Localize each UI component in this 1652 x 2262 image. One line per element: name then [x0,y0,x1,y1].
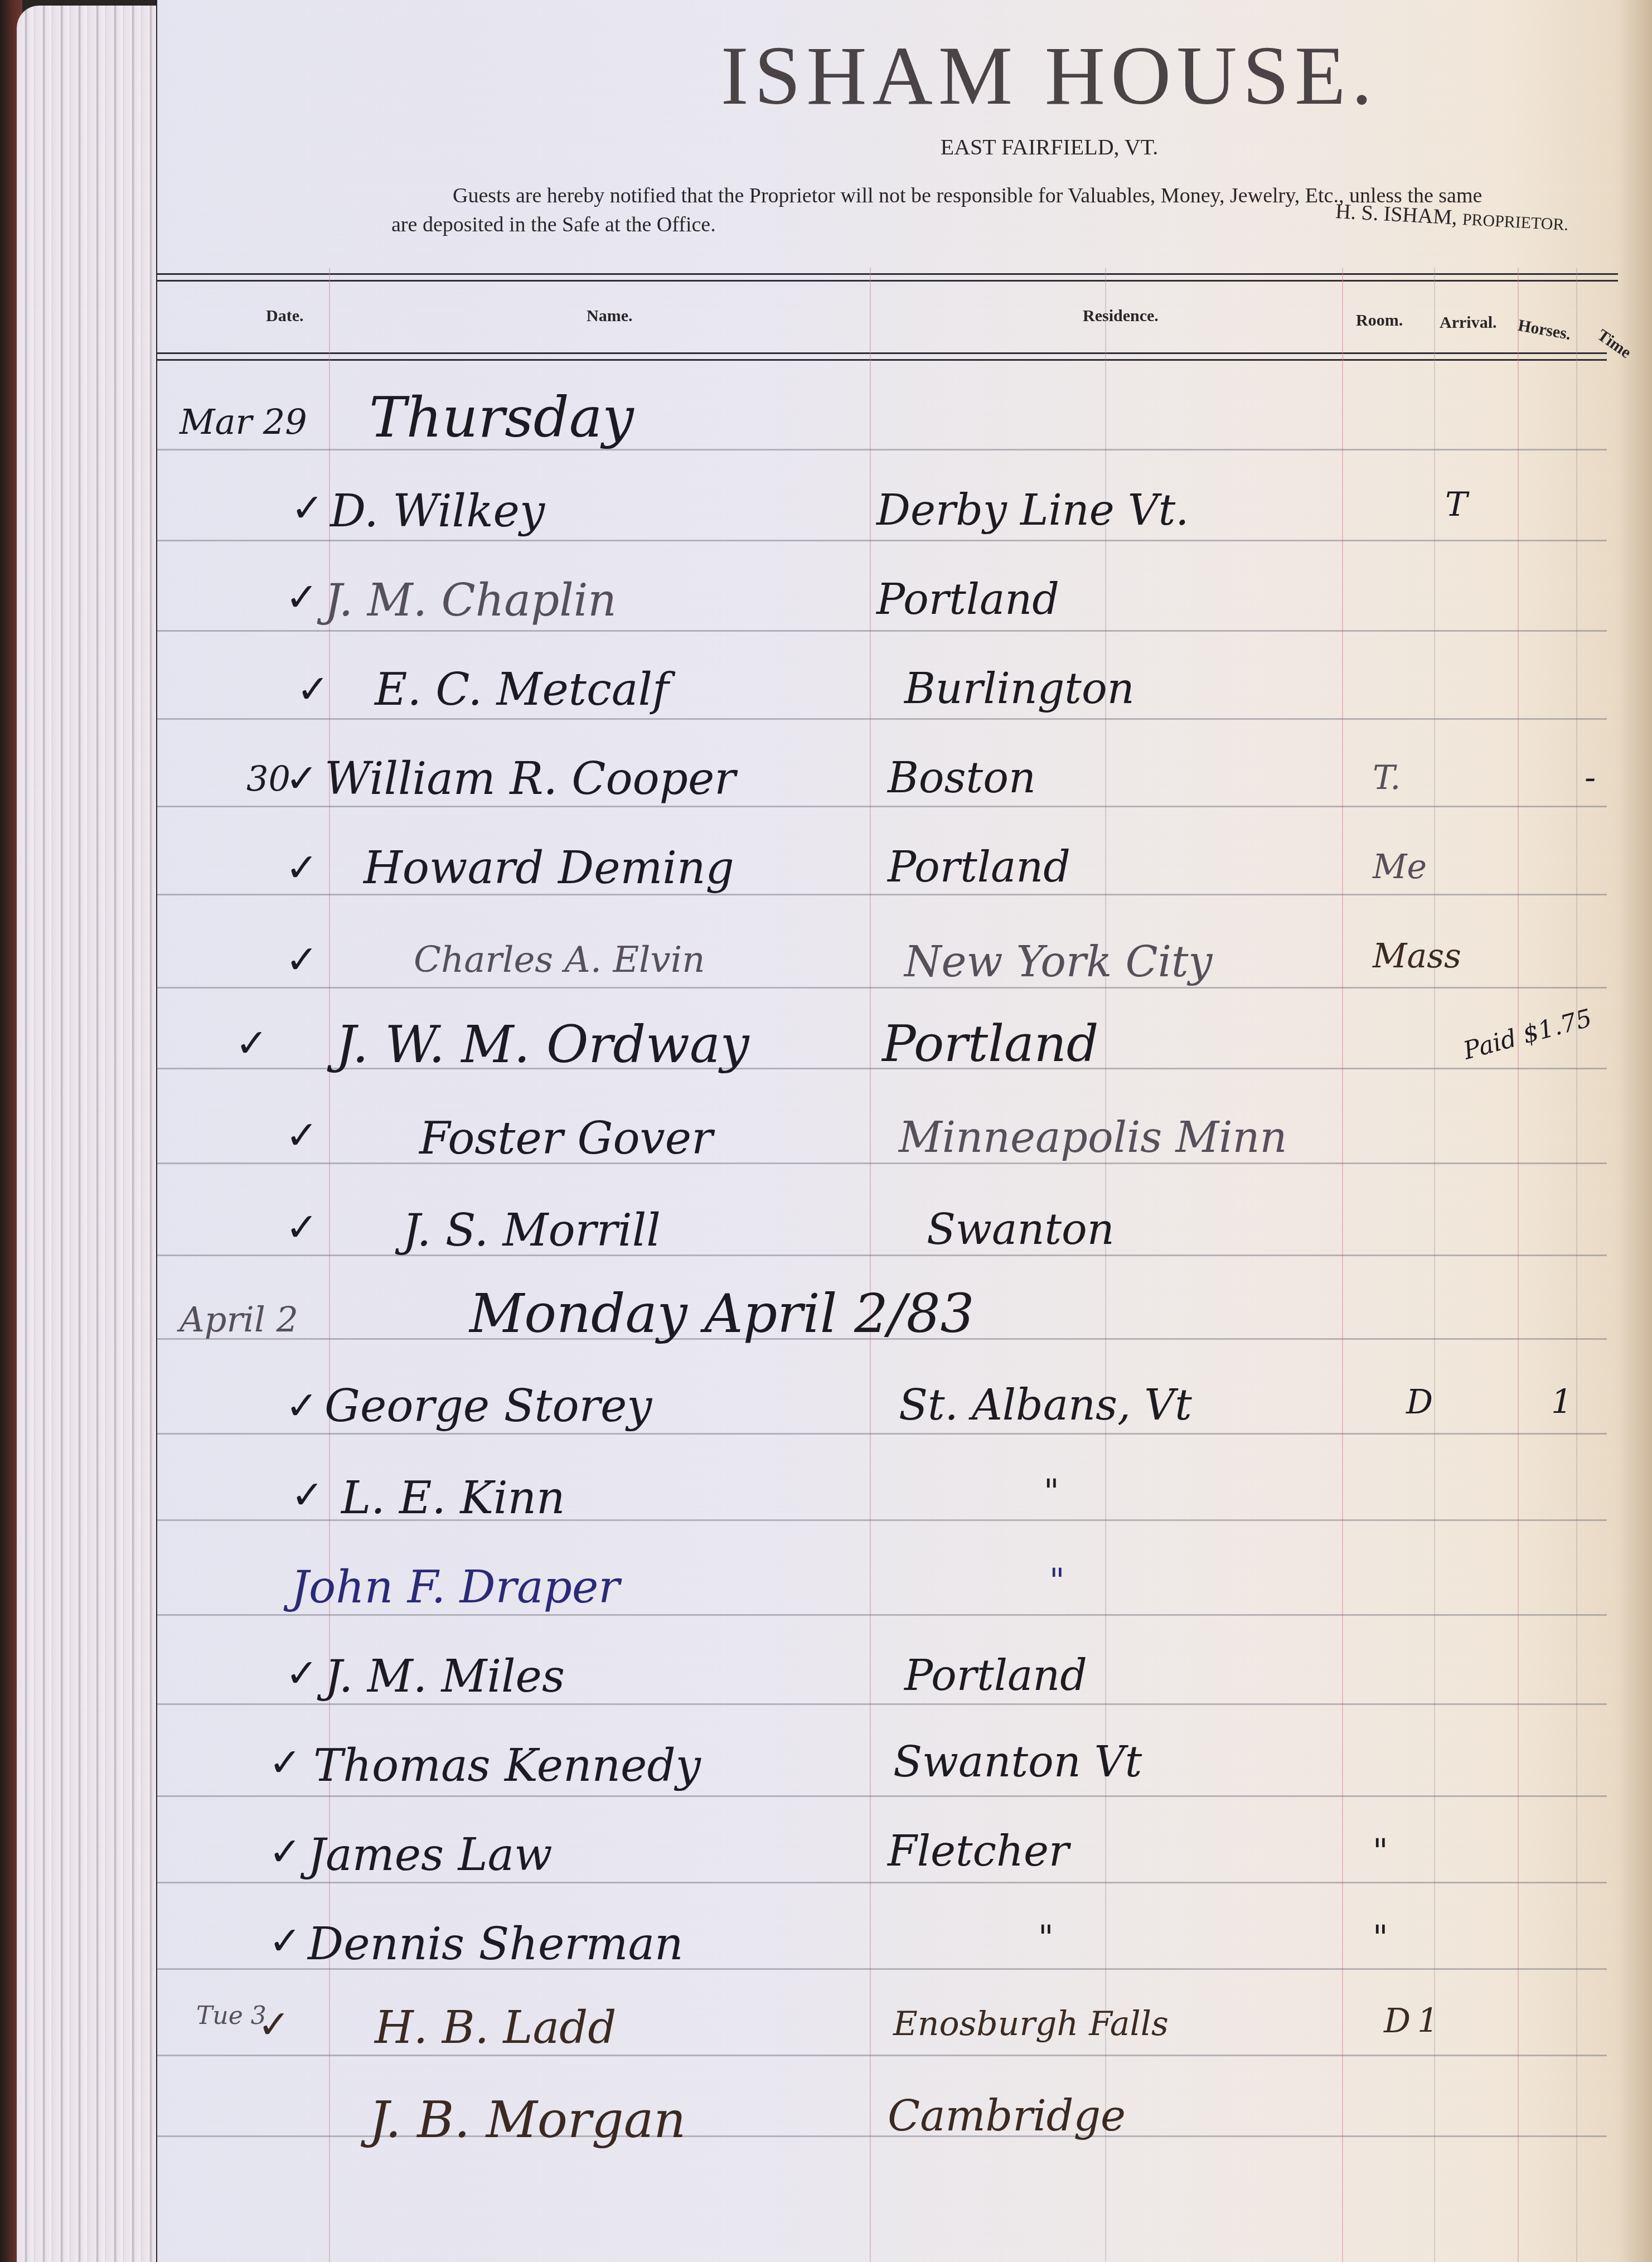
row-rule [157,1433,1607,1435]
entry-name: George Storey [324,1380,652,1432]
entry-room: Me [1373,847,1427,887]
check-mark-icon: ✓ [297,666,330,712]
entry-residence: Derby Line Vt. [876,485,1189,535]
check-mark-icon: ✓ [258,2002,290,2047]
header-rule-bottom-2 [157,359,1607,361]
entry-name: Thursday [369,385,634,450]
row-rule [157,1254,1607,1256]
entry-residence: Boston [888,753,1036,802]
header-rule-top-2 [157,280,1618,282]
check-mark-icon: ✓ [269,1829,302,1874]
row-rule [157,1795,1607,1797]
check-mark-icon: ✓ [285,574,318,620]
entry-name: E. C. Metcalf [375,663,669,715]
entry-name: L. E. Kinn [341,1472,565,1524]
hotel-location: EAST FAIRFIELD, VT. [798,134,1300,160]
check-mark-icon: ✓ [291,1472,324,1518]
column-header-horses: Horses. [1517,316,1572,344]
check-mark-icon: ✓ [285,755,318,801]
entry-room: T. [1373,758,1401,797]
row-rule [157,1882,1607,1883]
entry-name: William R. Cooper [324,753,736,805]
entry-residence-ditto: " [1038,1918,1054,1957]
column-divider [1576,268,1577,2262]
row-rule [157,540,1607,541]
entry-date: Tue 3 [196,2002,267,2030]
entry-room: D [1384,2002,1411,2041]
check-mark-icon: ✓ [285,1112,318,1158]
check-mark-icon: ✓ [269,1918,302,1964]
entry-residence: Portland [882,1015,1098,1073]
row-rule [157,1163,1607,1164]
entry-residence: Minneapolis Minn [899,1112,1287,1162]
entry-arrival: 1 [1551,1383,1572,1422]
column-divider [1434,268,1435,2262]
entry-residence: Cambridge [888,2091,1126,2140]
entry-name: D. Wilkey [330,485,545,537]
check-mark-icon: ✓ [285,845,318,890]
entry-name: H. B. Ladd [375,2002,617,2053]
entry-residence: Fletcher [888,1826,1069,1876]
entry-residence: Portland [888,842,1070,892]
row-rule [157,2055,1607,2056]
row-rule [157,718,1607,720]
page-edges [17,6,156,2262]
entry-residence: St. Albans, Vt [899,1380,1192,1430]
entry-arrival: 1 [1417,2002,1438,2041]
row-rule [157,894,1607,895]
register-page: ISHAM HOUSE. EAST FAIRFIELD, VT. Guests … [157,0,1652,2262]
check-mark-icon: ✓ [291,485,324,531]
check-mark-icon: ✓ [235,1020,268,1066]
entry-name: J. M. Chaplin [324,574,617,626]
header-rule-bottom-1 [157,352,1607,354]
column-header-arrival: Arrival. [1440,313,1496,332]
column-header-room: Room. [1356,311,1403,330]
entry-residence: Swanton [927,1204,1115,1254]
column-divider [1342,268,1343,2262]
column-header-date: Date. [266,307,303,326]
entry-residence: Swanton Vt [893,1737,1142,1786]
entry-room-ditto: " [1373,1832,1388,1871]
column-header-name: Name. [587,307,632,326]
check-mark-icon: ✓ [285,1204,318,1250]
column-divider [1518,268,1519,2262]
entry-room: D [1406,1383,1433,1422]
entry-name: J. M. Miles [324,1650,565,1702]
paid-amount: Paid $1.75 [1460,1004,1595,1065]
entry-date: Mar 29 [180,401,307,442]
entry-residence-ditto: " [1049,1561,1065,1600]
entry-name: James Law [308,1829,553,1881]
proprietor-title: PROPRIETOR. [1462,210,1569,234]
entry-name: J. W. M. Ordway [336,1015,749,1074]
entry-name: J. B. Morgan [369,2091,686,2149]
row-rule [157,806,1607,807]
entry-residence: Portland [904,1650,1087,1700]
entry-arrival: T [1445,485,1467,524]
entry-name: J. S. Morrill [403,1204,661,1256]
entry-residence: New York City [904,937,1212,986]
page-title: ISHAM HOUSE. [575,28,1523,124]
entry-residence: Portland [876,574,1059,624]
check-mark-icon: ✓ [285,1650,318,1696]
column-header-residence: Residence. [1083,307,1159,326]
entry-horses: - [1585,758,1596,797]
entry-date: April 2 [180,1299,298,1340]
check-mark-icon: ✓ [269,1740,302,1785]
check-mark-icon: ✓ [285,937,318,982]
row-rule [157,1703,1607,1705]
entry-name: John F. Draper [291,1561,620,1613]
entry-room-ditto: " [1373,1918,1388,1957]
entry-name: Foster Gover [419,1112,713,1164]
entry-residence: Burlington [904,663,1135,713]
entry-name: Dennis Sherman [308,1918,684,1970]
row-rule [157,1614,1607,1616]
entry-residence-ditto: " [1044,1472,1059,1511]
row-rule [157,630,1607,632]
row-rule [157,987,1607,989]
entry-residence: Enosburgh Falls [893,2004,1169,2043]
entry-room: Mass [1373,937,1461,976]
column-divider [1105,268,1106,2262]
entry-date: 30 [246,758,290,799]
header-rule-top-1 [157,273,1618,275]
entry-name: Thomas Kennedy [313,1740,701,1791]
entry-name: Monday April 2/83 [469,1282,975,1345]
entry-name: Howard Deming [364,842,734,894]
entry-name: Charles A. Elvin [414,939,705,981]
column-divider [870,268,871,2262]
check-mark-icon: ✓ [285,1383,318,1428]
